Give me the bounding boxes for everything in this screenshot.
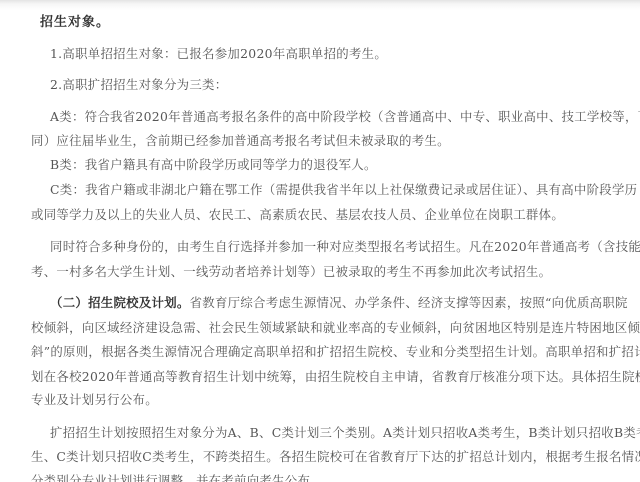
- section-two-heading: （二）招生院校及计划。: [50, 295, 190, 310]
- multi-identity-line-1: 同时符合多种身份的，由考生自行选择并参加一种对应类型报名考试招生。凡在2020年…: [50, 239, 640, 255]
- top-border: [0, 0, 640, 10]
- section-two-line-1-text: 省教育厅综合考虑生源情况、办学条件、经济支撑等因素，按照“向优质高职院: [190, 295, 628, 310]
- section-title: 招生对象。: [40, 15, 110, 31]
- section-two-line-1: （二）招生院校及计划。省教育厅综合考虑生源情况、办学条件、经济支撑等因素，按照“…: [50, 295, 628, 311]
- section-two-line-5: 专业及计划另行公布。: [31, 392, 158, 408]
- expansion-plan-line-1: 扩招招生计划按照招生对象分为A、B、C类计划三个类别。A类计划只招收A类考生，B…: [50, 425, 640, 441]
- item-1: 1.高职单招招生对象：已报名参加2020年高职单招的考生。: [50, 46, 387, 62]
- expansion-plan-line-2: 生、C类计划只招收C类考生，不跨类招生。各招生院校可在省教育厅下达的扩招总计划内…: [31, 449, 640, 465]
- class-c-line-1: C类：我省户籍或非湖北户籍在鄂工作（需提供我省半年以上社保缴费记录或居住证）、具…: [50, 182, 637, 198]
- expansion-plan-line-3: 分类别分专业计划进行调整，并在考前向考生公布。: [31, 473, 323, 482]
- section-two-line-4: 划在各校2020年普通高等教育招生计划中统筹，由招生院校自主申请，省教育厅核准分…: [31, 369, 640, 385]
- class-a-line-2: 同）应往届毕业生，含前期已经参加普通高考报名考试但未被录取的考生。: [31, 133, 450, 149]
- multi-identity-line-2: 考、一村多名大学生计划、一线劳动者培养计划等）已被录取的考生不再参加此次考试招生…: [31, 264, 551, 280]
- section-two-line-2: 校倾斜，向区域经济建设急需、社会民生领域紧缺和就业率高的专业倾斜，向贫困地区特别…: [31, 320, 640, 336]
- item-2: 2.高职扩招招生对象分为三类：: [50, 77, 227, 93]
- section-two-line-3: 斜”的原则，根据各类生源情况合理确定高职单招和扩招招生院校、专业和分类型招生计划…: [31, 344, 640, 360]
- class-c-line-2: 或同等学力及以上的失业人员、农民工、高素质农民、基层农技人员、企业单位在岗职工群…: [31, 207, 564, 223]
- class-b-line-1: B类：我省户籍具有高中阶段学历或同等学力的退役军人。: [50, 157, 377, 173]
- class-a-line-1: A类：符合我省2020年普通高考报名条件的高中阶段学校（含普通高中、中专、职业高…: [50, 109, 640, 125]
